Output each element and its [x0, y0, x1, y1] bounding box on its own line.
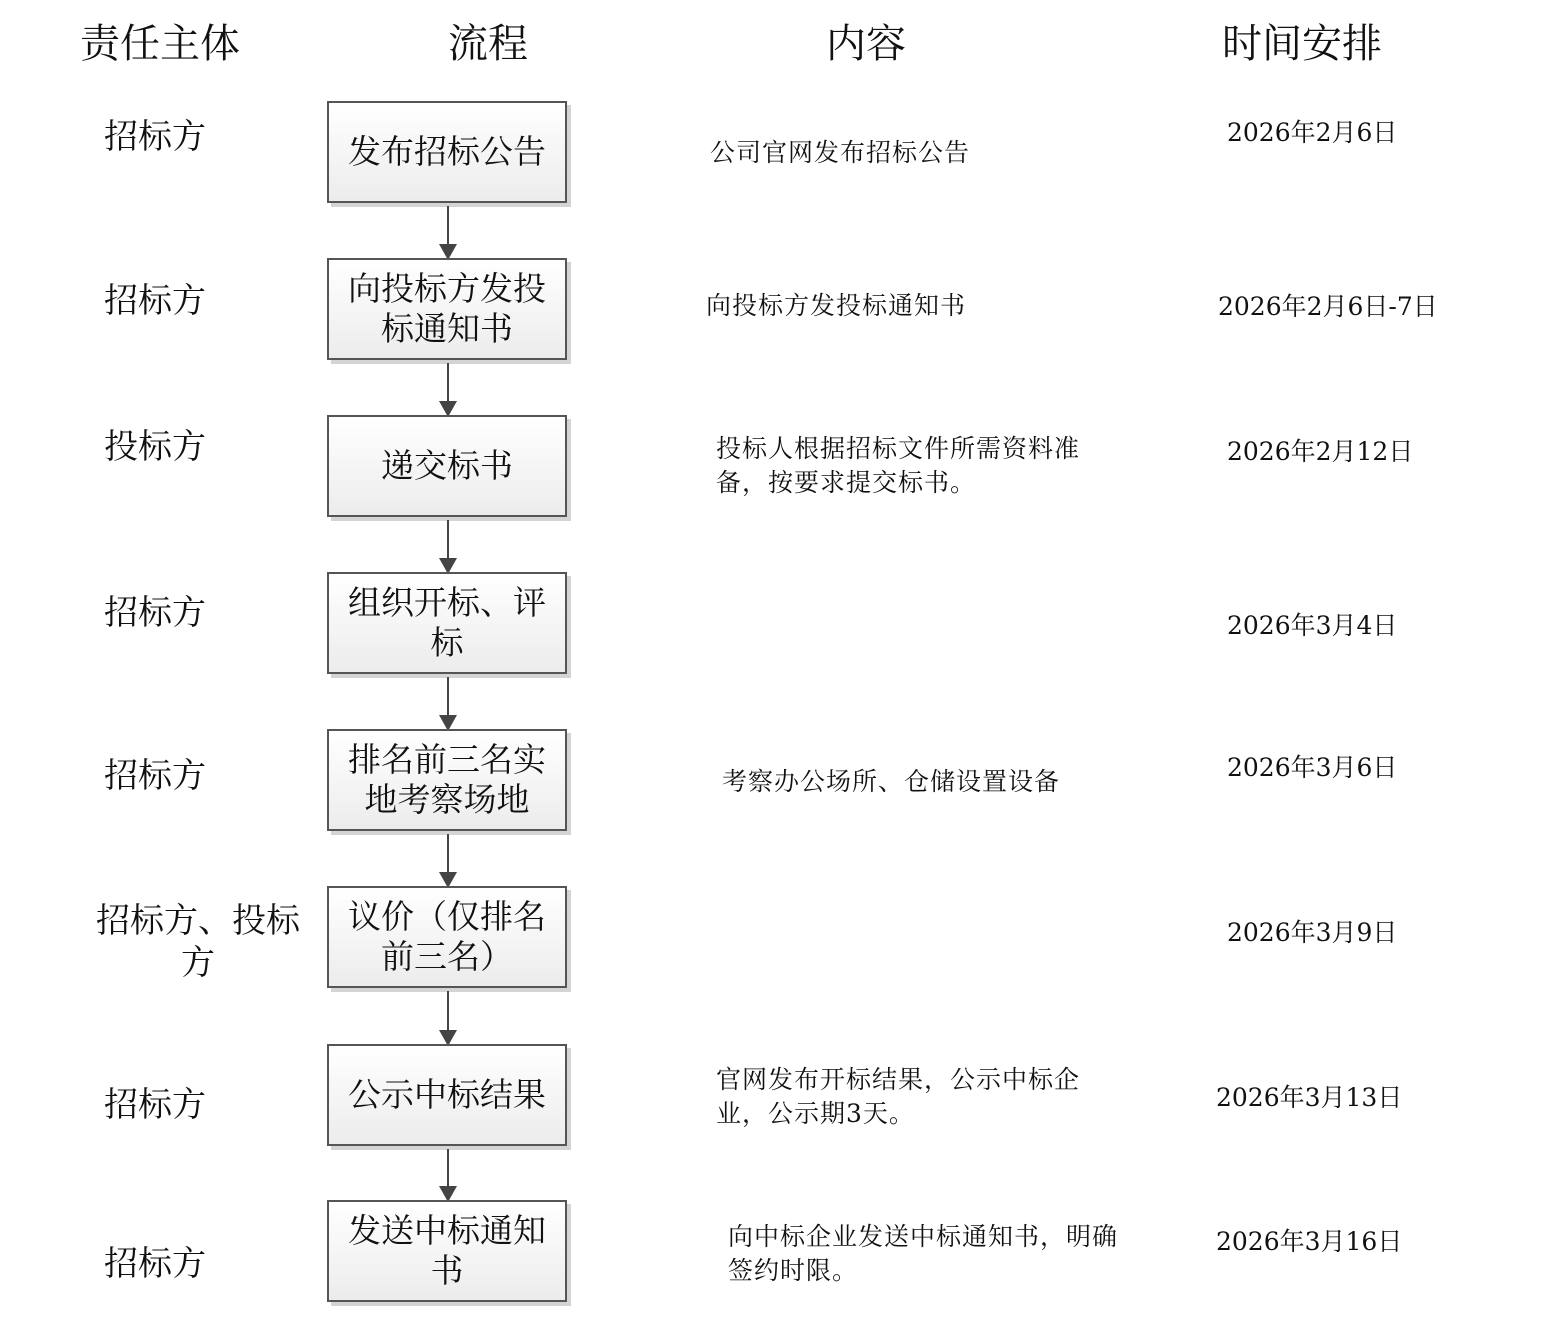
owner-label: 投标方 [40, 426, 270, 468]
step-date: 2026年2月12日 [1227, 435, 1413, 469]
header-owner: 责任主体 [80, 18, 240, 70]
process-step-box: 组织开标、评标 [327, 572, 567, 674]
header-schedule: 时间安排 [1222, 18, 1382, 70]
step-date: 2026年3月4日 [1227, 609, 1397, 643]
process-step-box: 议价（仅排名前三名） [327, 886, 567, 988]
arrow-down-icon [447, 520, 449, 572]
step-date: 2026年3月6日 [1227, 751, 1397, 785]
owner-label: 招标方 [40, 755, 270, 797]
process-step-box: 向投标方发投标通知书 [327, 258, 567, 360]
process-step-box: 排名前三名实地考察场地 [327, 729, 567, 831]
process-step-box: 发送中标通知书 [327, 1200, 567, 1302]
step-content: 向投标方发投标通知书 [706, 289, 1126, 323]
arrow-down-icon [447, 677, 449, 729]
step-date: 2026年2月6日 [1227, 116, 1397, 150]
step-content: 考察办公场所、仓储设置设备 [722, 765, 1142, 799]
owner-label: 招标方 [40, 1084, 270, 1126]
arrow-down-icon [447, 363, 449, 415]
step-date: 2026年3月13日 [1216, 1081, 1402, 1115]
header-content: 内容 [826, 18, 906, 70]
step-date: 2026年3月9日 [1227, 916, 1397, 950]
step-date: 2026年3月16日 [1216, 1225, 1402, 1259]
arrow-down-icon [447, 1149, 449, 1200]
owner-label: 招标方 [40, 592, 270, 634]
owner-label: 招标方 [40, 280, 270, 322]
owner-label: 招标方 [40, 116, 270, 158]
process-step-box: 递交标书 [327, 415, 567, 517]
arrow-down-icon [447, 206, 449, 258]
step-content: 投标人根据招标文件所需资料准备，按要求提交标书。 [716, 432, 1126, 500]
step-content: 官网发布开标结果，公示中标企业，公示期3天。 [716, 1063, 1126, 1131]
step-content: 向中标企业发送中标通知书，明确签约时限。 [728, 1220, 1138, 1288]
owner-label: 招标方 [40, 1243, 270, 1285]
step-content: 公司官网发布招标公告 [710, 136, 1130, 170]
process-step-box: 发布招标公告 [327, 101, 567, 203]
process-step-box: 公示中标结果 [327, 1044, 567, 1146]
arrow-down-icon [447, 991, 449, 1044]
header-process: 流程 [448, 18, 528, 70]
arrow-down-icon [447, 834, 449, 886]
step-date: 2026年2月6日-7日 [1218, 290, 1438, 324]
owner-label: 招标方、投标方 [88, 900, 308, 984]
